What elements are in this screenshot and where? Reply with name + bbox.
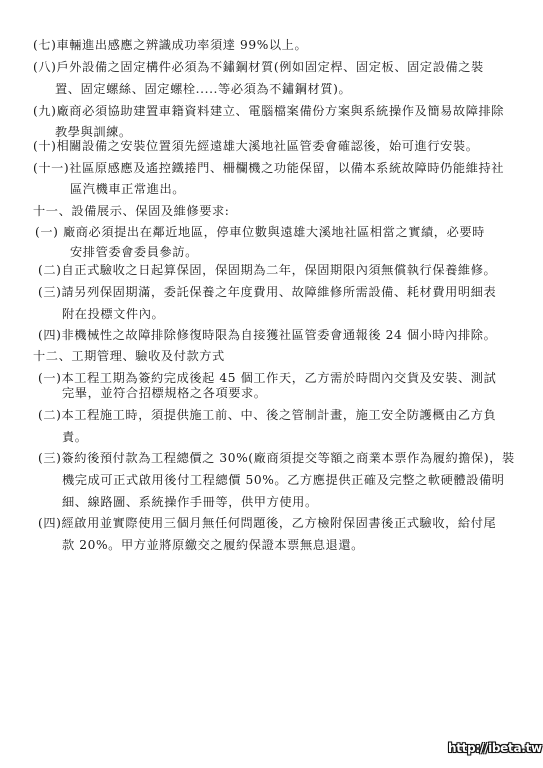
document-line: 細、線路圖、系統操作手冊等，供甲方使用。 bbox=[62, 494, 318, 510]
document-line: (一) 廠商必須提出在鄰近地區，停車位數與遠雄大溪地社區相當之實績，必要時 bbox=[35, 224, 485, 240]
document-line: (四)非機械性之故障排除修復時限為自接獲社區管委會通報後 24 個小時內排除。 bbox=[38, 327, 496, 343]
document-line: 款 20%。甲方並將原繳交之履約保證本票無息退還。 bbox=[62, 537, 364, 553]
document-line: 安排管委會委員參訪。 bbox=[70, 244, 198, 260]
document-line: (十一)社區原感應及遙控鐵捲門、柵欄機之功能保留，以備本系統故障時仍能維持社 bbox=[33, 160, 504, 176]
document-line: (九)廠商必須協助建置車籍資料建立、電腦檔案備份方案與系統操作及簡易故障排除 bbox=[33, 103, 504, 119]
document-line: (三)請另列保固期滿，委託保養之年度費用、故障維修所需設備、耗材費用明細表 bbox=[38, 284, 496, 300]
watermark: http://ibeta.tw bbox=[448, 741, 542, 755]
document-line: (三)簽約後預付款為工程總價之 30%(廠商須提交等額之商業本票作為履約擔保)，… bbox=[38, 450, 515, 466]
document-line: 完畢，並符合招標規格之各項要求。 bbox=[62, 385, 267, 401]
document-line: (十)相關設備之安裝位置須先經遠雄大溪地社區管委會確認後，始可進行安裝。 bbox=[33, 138, 478, 154]
document-line: (一)本工程工期為簽約完成後起 45 個工作天，乙方需於時間內交貨及安裝、測試 bbox=[38, 370, 496, 386]
document-line: 置、固定螺絲、固定螺栓.....等必須為不鏽鋼材質)。 bbox=[55, 81, 351, 97]
document-line: 區汽機車正常進出。 bbox=[70, 181, 185, 197]
document-line: 十二、工期管理、驗收及付款方式 bbox=[33, 348, 225, 364]
document-line: 責。 bbox=[62, 429, 88, 445]
document-line: (四)經啟用並實際使用三個月無任何問題後，乙方檢附保固書後正式驗收，給付尾 bbox=[38, 515, 496, 531]
document-line: 機完成可正式啟用後付工程總價 50%。乙方應提供正確及完整之軟硬體設備明 bbox=[62, 472, 505, 488]
document-line: 十一、設備展示、保固及維修要求: bbox=[33, 203, 230, 219]
document-line: (二)本工程施工時，須提供施工前、中、後之管制計畫，施工安全防護概由乙方負 bbox=[38, 407, 496, 423]
document-line: 附在投標文件內。 bbox=[62, 306, 164, 322]
document-line: (八)戶外設備之固定構件必須為不鏽鋼材質(例如固定桿、固定板、固定設備之裝 bbox=[33, 59, 484, 75]
document-line: (七)車輛進出感應之辨識成功率須達 99%以上。 bbox=[33, 37, 307, 53]
document-line: (二)自正式驗收之日起算保固，保固期為二年，保固期限內須無償執行保養維修。 bbox=[38, 262, 496, 278]
